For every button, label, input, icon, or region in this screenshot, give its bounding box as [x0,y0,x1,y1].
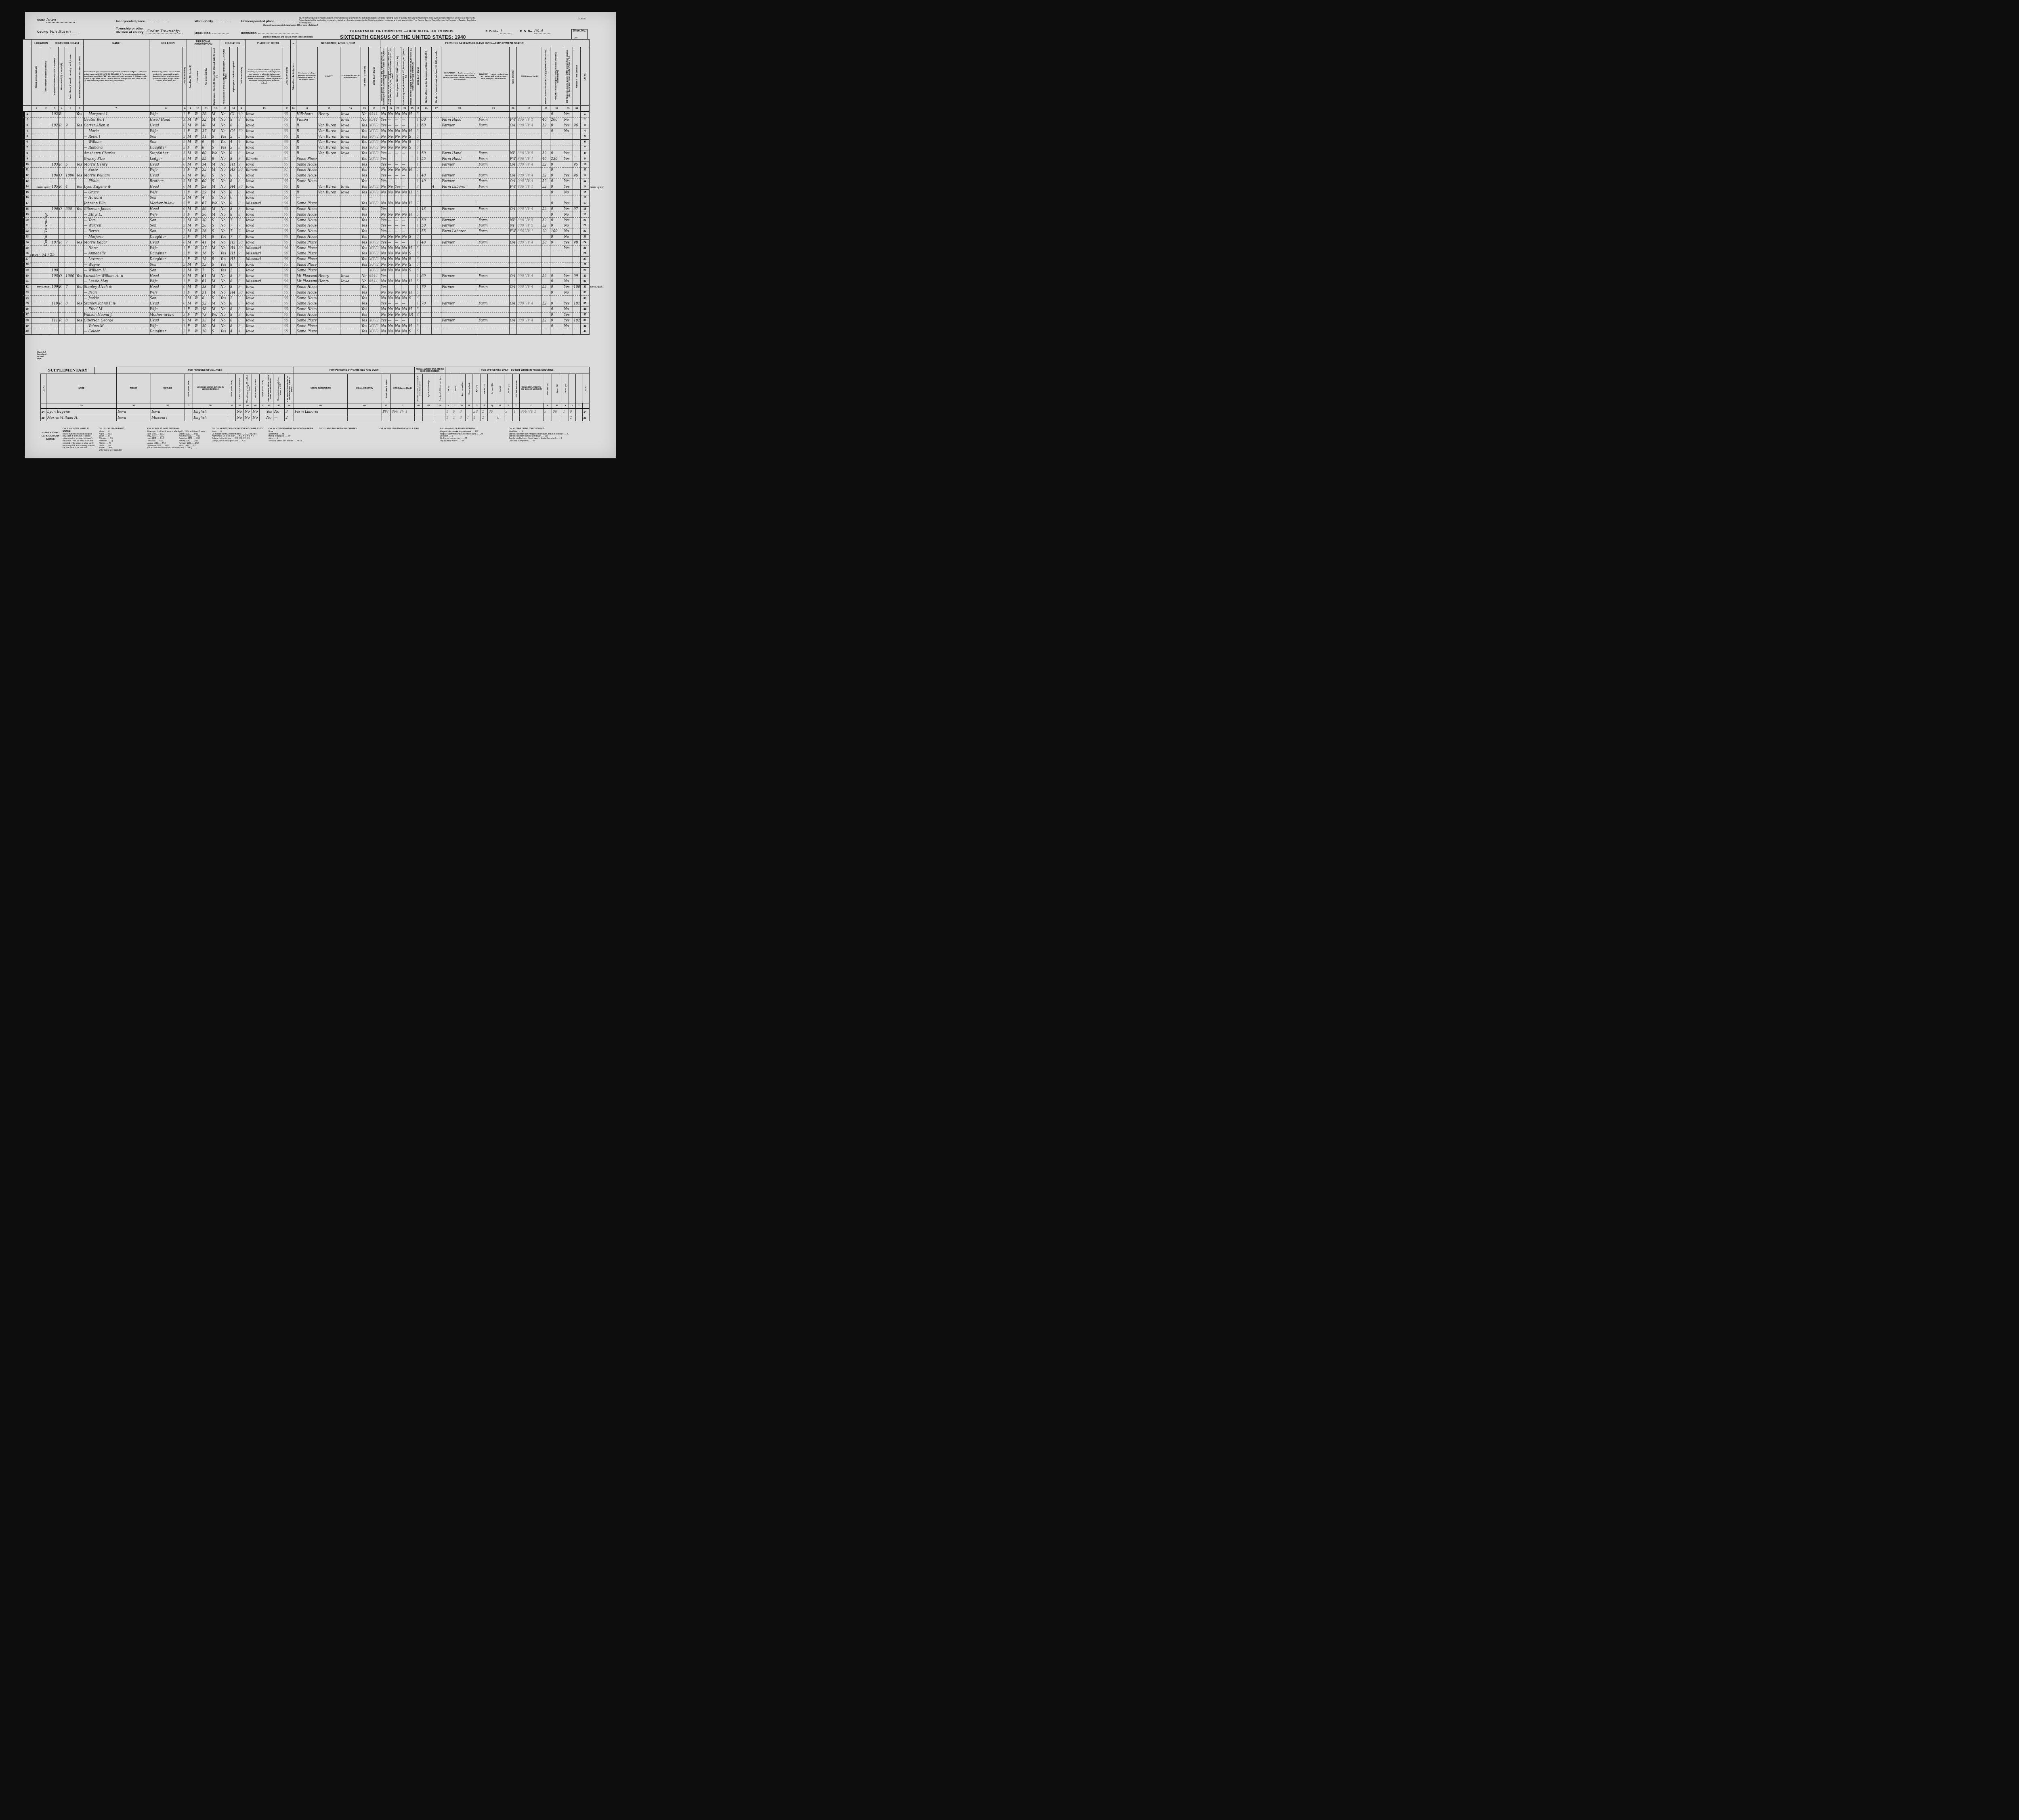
cell-w21: No [380,262,387,268]
cell-b: 5 [238,134,246,140]
cell-w23: Yes [394,184,401,190]
cell-res_city: Same Place [296,268,317,273]
cell-age: 60 [201,178,211,184]
cell-w25: S [408,139,416,145]
cell-other: No [563,190,573,195]
cell-value [65,229,76,234]
cell-sex: M [187,173,194,178]
cell-street [31,223,41,229]
supp-cell-U [519,415,543,421]
cell-farm [76,290,84,296]
column-number: 28 [441,106,478,112]
cell-a: 0 [183,184,187,190]
column-number: 29 [478,106,510,112]
cell-sex: M [187,318,194,323]
cell-w22: — [387,218,394,223]
cell-a: 2 [183,218,187,223]
cell-w24: No [401,279,408,284]
cell-street [31,139,41,145]
col-17-header: City, town, or village having 2,500 or m… [296,47,317,106]
cell-b: 8 [238,301,246,307]
cell-street [31,151,41,156]
cell-age: 41 [201,240,211,246]
cell-name: — Warren [83,223,149,229]
cell-f: 888 VV 5 [517,151,542,156]
cell-c: 61 [283,167,291,173]
cell-other: No [563,223,573,229]
table-row: 9Gracey ElzaLodger6MW55SNo88Illinois61Sa… [23,156,590,162]
cell-res_state [340,246,361,251]
cell-b: 70 [238,128,246,134]
cell-sex: F [187,246,194,251]
cell-w25 [408,173,416,178]
cell-res_city: Same House [296,173,317,178]
cell-d: XOV2 [368,190,380,195]
cell-sch: No [220,212,230,218]
supp-cell-name: Morris William H. [46,415,117,421]
cell-cls: OA [509,206,517,212]
cell-other: Yes [563,173,573,178]
cell-res_city: R [296,184,317,190]
cell-hrs [421,246,432,251]
cell-grade: 8 [230,306,238,312]
line-number: 19 [581,212,590,218]
cell-unemp [432,134,441,140]
cell-birth: Iowa [245,296,283,301]
cell-grade: 4 [230,139,238,145]
cell-hh [51,229,59,234]
line-number: 6 [23,139,31,145]
cell-res_city: R [296,151,317,156]
cell-res_county: Van Buren [318,190,340,195]
ward-field: Ward of city [195,19,230,23]
cell-cit [291,218,296,223]
cell-ind: Farm [478,178,510,184]
cell-grade: 5 [230,134,238,140]
cell-a: 2 [183,329,187,335]
cell-house [41,173,51,178]
cell-occ: Farmer [441,123,478,128]
cell-w22 [387,195,394,201]
supp-cell-s42: No [265,415,273,421]
line-number: 11 [23,167,31,173]
cell-name: Amsberry Charles [83,151,149,156]
cell-e: 5 [416,246,421,251]
cell-cls [509,290,517,296]
cell-name: — Margaret L [83,111,149,117]
cell-w24: No [401,145,408,151]
cell-res_county [318,223,340,229]
cell-mar: S [211,145,220,151]
supp-cell-s43: — [273,415,285,421]
cell-unemp [432,246,441,251]
cell-f [517,290,542,296]
cell-ind [478,279,510,284]
cell-unemp [432,218,441,223]
county-field: CountyVan Buren [37,29,78,34]
cell-f: 000 VV 4 [517,178,542,184]
cell-cls: PW [509,229,517,234]
cell-hh [51,218,59,223]
cell-res_county [318,212,340,218]
column-number: C [283,106,291,112]
cell-value [65,306,76,312]
line-number: 17 [581,201,590,206]
table-row: 4— MarieWife1FW37MNoC470Iowa65RVan Buren… [23,128,590,134]
cell-unemp [432,229,441,234]
table-row: 5— RobertSon2MW11SYes55Iowa65RVan BurenI… [23,134,590,140]
cell-wages: 0 [550,178,563,184]
cell-hrs: 48 [421,240,432,246]
cell-w25 [408,156,416,162]
cell-rel: Wife [149,323,183,329]
group-education: EDUCATION [220,40,246,47]
cell-occ [441,246,478,251]
cell-w24: — [401,240,408,246]
cell-b: 4 [238,139,246,145]
cell-name: Carter Allen ⊗ [83,123,149,128]
cell-cls [509,111,517,117]
cell-b: 20 [238,167,246,173]
cell-d: XOV2 [368,246,380,251]
cell-birth: Iowa [245,173,283,178]
supp-language-header: Language spoken in home in earliest chil… [193,374,228,403]
supp-cell-V: 9 [543,409,552,415]
cell-other: Yes [563,178,573,184]
cell-hrs [421,256,432,262]
cell-hrs [421,145,432,151]
cell-unemp [432,323,441,329]
cell-name: — Marie [83,128,149,134]
column-number: 5 [65,106,76,112]
table-row: 21— WarrenSon2MW28SNo77Iowa65Same HouseY… [23,223,590,229]
cell-own: R [59,240,65,246]
cell-grade: 8 [230,273,238,279]
cell-cls [509,190,517,195]
cell-farm: Yes [76,162,84,168]
office-s-header: Wk. st. (21) [504,374,513,403]
cell-race: W [194,162,201,168]
cell-farm: Yes [76,318,84,323]
cell-hh: 103 [51,162,59,168]
cell-name: — Susie [83,167,149,173]
cell-wks [541,312,550,318]
supp-cell-code [185,409,193,415]
line-number: 34 [581,296,590,301]
cell-name: — William H. [83,268,149,273]
supp-column-number: 49 [422,403,435,409]
cell-w22: No [387,262,394,268]
cell-res_county: Van Buren [318,139,340,145]
cell-res_state [340,290,361,296]
cell-street [31,206,41,212]
line-number: 10 [581,162,590,168]
cell-rel: Head [149,173,183,178]
cell-w21: No [380,246,387,251]
cell-res_farm: Yes [361,201,369,206]
cell-cls: OA [509,284,517,290]
column-number: 23 [394,106,401,112]
cell-unemp [432,123,441,128]
group-employment: PERSONS 14 YEARS OLD AND OVER—EMPLOYMENT… [380,40,590,47]
cell-w23: — [394,156,401,162]
group-name: NAME [83,40,149,47]
cell-ind [478,246,510,251]
supp-cell-ind [348,409,382,415]
cell-name: Johnson Ella [83,201,149,206]
cell-grade: 7 [230,229,238,234]
cell-other: No [563,323,573,329]
cell-occ [441,190,478,195]
cell-sch: No [220,151,230,156]
cell-farmsch [573,190,581,195]
cell-res_city: Same House [296,167,317,173]
cell-farmsch: 97 [573,206,581,212]
cell-hh [51,167,59,173]
col-30-header: Class of worker [509,47,517,106]
cell-street [31,173,41,178]
supp-column-number: 48 [415,403,423,409]
cell-a: 0 [183,240,187,246]
office-w-header: Wages (32) [552,374,562,403]
cell-age: 60 [201,151,211,156]
cell-sex: M [187,262,194,268]
supp-cell-N: 7 [466,415,472,421]
supp-cell-s43: No [273,409,285,415]
cell-occ: Farmer [441,318,478,323]
cell-b: 9 [238,162,246,168]
cell-street [31,190,41,195]
cell-occ [441,323,478,329]
cell-sex: M [187,218,194,223]
cell-d [368,312,380,318]
cell-sex: M [187,240,194,246]
cell-w22: — [387,123,394,128]
cell-e: 5 [416,212,421,218]
cell-sex: M [187,296,194,301]
cell-w21: No [380,134,387,140]
cell-age: 55 [201,156,211,162]
column-number [23,106,31,112]
cell-res_city: Mt Pleasant [296,279,317,284]
cell-d: XOV2 [368,323,380,329]
supp-cell-v41: No [252,415,260,421]
cell-a: 3 [183,201,187,206]
cell-w24: No [401,128,408,134]
cell-sch: No [220,312,230,318]
cell-res_county [318,323,340,329]
supp-column-number: 39 [236,403,244,409]
cell-wks [541,167,550,173]
cell-w25: S [408,134,416,140]
cell-other: Yes [563,240,573,246]
cell-unemp [432,290,441,296]
supp-cell-h [228,409,236,415]
col-24-header: If not seeking work, did he HAVE A JOB, … [401,47,408,106]
township-field: Cedar Township [145,29,183,34]
supp-cell-W [552,415,562,421]
cell-wages: 200 [550,117,563,123]
group-citizenship: CIT. [291,40,296,47]
cell-house [41,145,51,151]
col-9-header: Sex—Male (M), Female (F) [187,47,194,106]
cell-a: 2 [183,223,187,229]
cell-hrs [421,111,432,117]
cell-farm [76,246,84,251]
cell-cls: PW [509,117,517,123]
cell-own [59,195,65,201]
cell-w23: — [394,117,401,123]
cell-farmsch [573,279,581,284]
cell-w24: No [401,212,408,218]
cell-c: 65 [283,184,291,190]
column-number: 18 [318,106,340,112]
table-row: 23— MarjorieDaughter2FW14SYes77Iowa65Sam… [23,234,590,240]
cell-cls [509,323,517,329]
cell-d [368,173,380,178]
cell-w25: S [408,262,416,268]
cell-w23: No [394,134,401,140]
cell-c: 65 [283,173,291,178]
cell-race: W [194,184,201,190]
cell-mar: M [211,318,220,323]
col-31-header: Number of weeks worked in 1939 (Equivale… [541,47,550,106]
office-z-header [576,374,583,403]
column-number: 1 [31,106,41,112]
cell-hrs [421,128,432,134]
cell-d: XOV2 [368,240,380,246]
cell-grade: 0 [230,195,238,201]
cell-w22: No [387,256,394,262]
cell-wks: 52 [541,223,550,229]
cell-grade: H4 [230,246,238,251]
cell-cit [291,128,296,134]
office-t-header: Hrs. wkd. or Dur. un. [513,374,520,403]
cell-res_county: Van Buren [318,145,340,151]
cell-w21: No [380,190,387,195]
cell-hh [51,156,59,162]
note-item: American citizen born abroad ...... Am C… [269,440,315,442]
cell-wages: 0 [550,301,563,307]
suppl-quest-tag-29-right: SUPPL. QUEST. [590,286,604,288]
cell-w24: No [401,312,408,318]
note-col41: Col. 41. WAR OR MILITARY SERVICE: World … [509,428,588,442]
cell-mar: Wd [211,201,220,206]
cell-ind [478,329,510,335]
cell-own [59,323,65,329]
line-number: 38 [23,318,31,323]
cell-farmsch [573,156,581,162]
cell-res_state [340,251,361,256]
cell-res_county: Henry [318,279,340,284]
supp-cell-V [543,415,552,421]
cell-res_farm: Yes [361,312,369,318]
cell-farmsch [573,151,581,156]
cell-ind [478,251,510,256]
line-number: 39 [23,323,31,329]
table-row: 14105R4YesLyon Eugene ⊗Head0MW28MNoH430I… [23,184,590,190]
cell-sch: Yes [220,145,230,151]
cell-res_city: Same Place [296,329,317,335]
cell-farmsch [573,134,581,140]
cell-a: 0 [183,273,187,279]
cell-res_county [318,312,340,318]
cell-f: 000 VV 4 [517,123,542,128]
cell-own [59,268,65,273]
line-number: 10 [23,162,31,168]
cell-street [31,312,41,318]
cell-race: W [194,306,201,312]
cell-e: 1 [416,162,421,168]
cell-mar: M [211,279,220,284]
cell-res_county [318,284,340,290]
cell-other [563,139,573,145]
cell-e: 5 [416,190,421,195]
cell-birth: Iowa [245,323,283,329]
cell-name: — Robert [83,134,149,140]
cell-street [31,262,41,268]
cell-birth: Iowa [245,329,283,335]
cell-e: 1 [416,240,421,246]
line-number: 9 [581,156,590,162]
cell-birth: Missouri [245,251,283,256]
cell-d [368,284,380,290]
column-number-row: 12345678A91011121314B15C1617181920D21222… [23,106,590,112]
supp-cell-P: 2 [481,415,488,421]
cell-other [563,329,573,335]
cell-w22: No [387,128,394,134]
cell-wages: 0 [550,234,563,240]
cell-age: 8 [201,145,211,151]
cell-w24: No [401,306,408,312]
cell-hh [51,323,59,329]
cell-race: W [194,123,201,128]
cell-f [517,251,542,256]
supp-line-header: Line No. [41,374,46,403]
supp-column-number: 47 [382,403,390,409]
line-number: 12 [23,173,31,178]
cell-farmsch [573,218,581,223]
cell-own: R [59,162,65,168]
cell-rel: Wife [149,279,183,284]
supp-name-header: NAME [46,374,117,403]
cell-mar: S [211,173,220,178]
column-number: 25 [408,106,416,112]
cell-race: W [194,256,201,262]
cell-hh [51,117,59,123]
cell-house [41,162,51,168]
col-6-header: Does this household live on a farm? (Yes… [76,47,84,106]
cell-c: 65 [283,195,291,201]
cell-rel: Lodger [149,156,183,162]
cell-age: 56 [201,206,211,212]
cell-farmsch: 102 [573,318,581,323]
cell-res_farm: Yes [361,229,369,234]
cell-sch: No [220,190,230,195]
cell-res_farm: Yes [361,128,369,134]
cell-w24: — [401,173,408,178]
cell-race: W [194,111,201,117]
supp-column-number: 36 [117,403,151,409]
cell-birth: Iowa [245,128,283,134]
cell-rel: Hired Hand [149,117,183,123]
cell-w25: S [408,145,416,151]
cell-sex: F [187,190,194,195]
cell-farm: Yes [76,111,84,117]
cell-other [563,145,573,151]
line-number: 40 [23,329,31,335]
table-row: 18106O600YesGiberson JamesHead0MW56MNo88… [23,206,590,212]
